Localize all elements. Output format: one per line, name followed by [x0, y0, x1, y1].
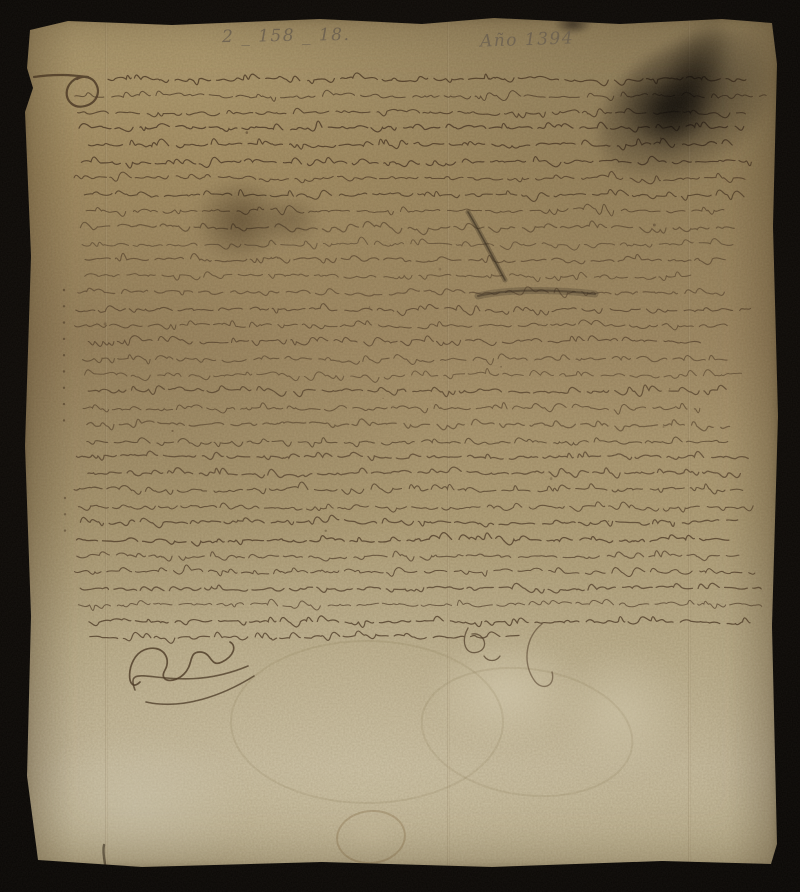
parchment-document: 2 _ 158 _ 18. Año 1394 — [22, 16, 780, 870]
edge-ink-mark — [420, 13, 436, 23]
photo-background: 2 _ 158 _ 18. Año 1394 — [0, 0, 800, 892]
manuscript-text — [22, 16, 780, 870]
archival-number-annotation: 2 _ 158 _ 18. — [222, 25, 351, 47]
year-annotation: Año 1394 — [480, 28, 575, 51]
